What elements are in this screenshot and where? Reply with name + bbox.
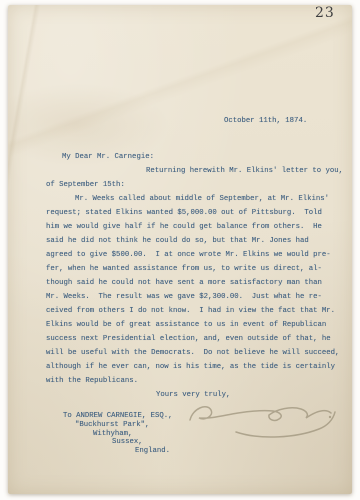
address-block: To ANDREW CARNEGIE, ESQ., "Buckhurst Par… [63, 412, 172, 456]
letter-body-line: fer, when he wanted assistance from us, … [46, 262, 346, 276]
letter-body-line: ceived from others I do not know. I had … [46, 304, 346, 318]
letter-body-line: will be useful with the Democrats. Do no… [46, 346, 346, 360]
letter-intro-line: Returning herewith Mr. Elkins' letter to… [46, 164, 346, 178]
letter-intro-line: of September 15th: [46, 178, 346, 192]
letter-body-line: said he did not think he could do so, bu… [46, 234, 346, 248]
letter-body-line: with the Republicans. [46, 374, 346, 388]
letter-body-line: although if he ever can, now is his time… [46, 360, 346, 374]
letter-body-line: Elkins would be of great assistance to u… [46, 318, 346, 332]
letter-body: My Dear Mr. Carnegie: Returning herewith… [46, 150, 346, 402]
letter-body-line: though said he could not have sent a mor… [46, 276, 346, 290]
pencil-signature-scrawl [180, 396, 342, 444]
letter-body-line: Mr. Weeks. The result was we gave $2,300… [46, 290, 346, 304]
letter-body-line: him we would give half if he could get b… [46, 220, 346, 234]
letter-salutation: My Dear Mr. Carnegie: [46, 150, 346, 164]
page-number: 23 [315, 5, 335, 21]
address-line: Sussex, [63, 438, 172, 447]
letter-date: October 11th, 1874. [224, 114, 307, 128]
address-line: "Buckhurst Park", [63, 421, 172, 430]
letter-body-line: request; stated Elkins wanted $5,000.00 … [46, 206, 346, 220]
letter-body-line: Mr. Weeks called about middle of Septemb… [46, 192, 346, 206]
letter-body-line: agreed to give $500.00. I at once wrote … [46, 248, 346, 262]
letter-body-line: success next Presidential election, and,… [46, 332, 346, 346]
address-line: To ANDREW CARNEGIE, ESQ., [63, 412, 172, 421]
address-line: England. [63, 447, 172, 456]
